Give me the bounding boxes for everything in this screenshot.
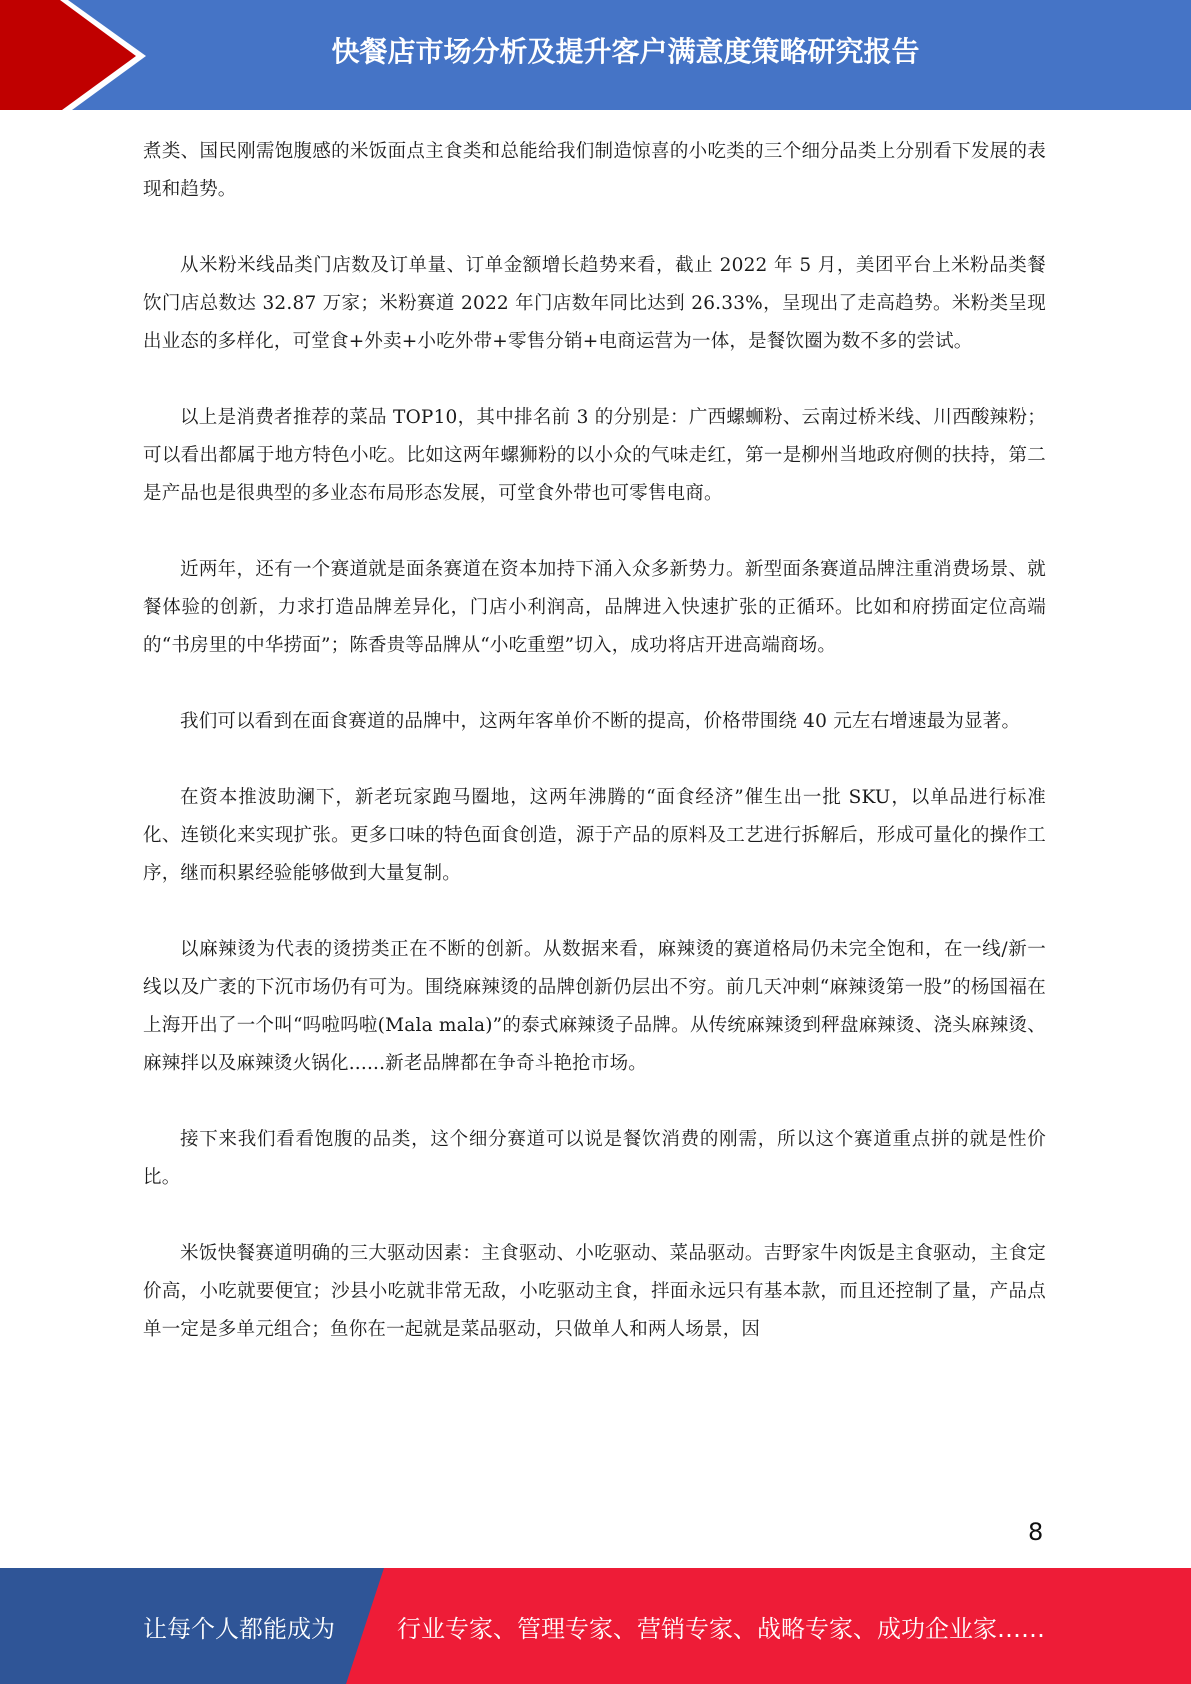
paragraph: 我们可以看到在面食赛道的品牌中，这两年客单价不断的提高，价格带围绕 40 元左右…: [143, 703, 1046, 741]
document-title: 快餐店市场分析及提升客户满意度策略研究报告: [150, 0, 1191, 100]
footer-slogan-right: 行业专家、管理专家、营销专家、战略专家、成功企业家……: [397, 1568, 1045, 1684]
paragraph: 接下来我们看看饱腹的品类，这个细分赛道可以说是餐饮消费的刚需，所以这个赛道重点拼…: [143, 1121, 1046, 1197]
page-footer: 让每个人都能成为 行业专家、管理专家、营销专家、战略专家、成功企业家……: [0, 1568, 1191, 1684]
paragraph: 在资本推波助澜下，新老玩家跑马圈地，这两年沸腾的“面食经济”催生出一批 SKU，…: [143, 779, 1046, 893]
paragraph: 近两年，还有一个赛道就是面条赛道在资本加持下涌入众多新势力。新型面条赛道品牌注重…: [143, 551, 1046, 665]
paragraph: 从米粉米线品类门店数及订单量、订单金额增长趋势来看，截止 2022 年 5 月，…: [143, 247, 1046, 361]
paragraph: 米饭快餐赛道明确的三大驱动因素：主食驱动、小吃驱动、菜品驱动。吉野家牛肉饭是主食…: [143, 1235, 1046, 1349]
page-number: 8: [1028, 1518, 1043, 1546]
paragraph: 以麻辣烫为代表的烫捞类正在不断的创新。从数据来看，麻辣烫的赛道格局仍未完全饱和，…: [143, 931, 1046, 1083]
footer-slogan-left: 让每个人都能成为: [143, 1568, 335, 1684]
paragraph: 煮类、国民刚需饱腹感的米饭面点主食类和总能给我们制造惊喜的小吃类的三个细分品类上…: [143, 133, 1046, 209]
paragraph: 以上是消费者推荐的菜品 TOP10，其中排名前 3 的分别是：广西螺蛳粉、云南过…: [143, 399, 1046, 513]
page-header: 快餐店市场分析及提升客户满意度策略研究报告: [0, 0, 1191, 110]
document-body: 煮类、国民刚需饱腹感的米饭面点主食类和总能给我们制造惊喜的小吃类的三个细分品类上…: [143, 133, 1046, 1387]
